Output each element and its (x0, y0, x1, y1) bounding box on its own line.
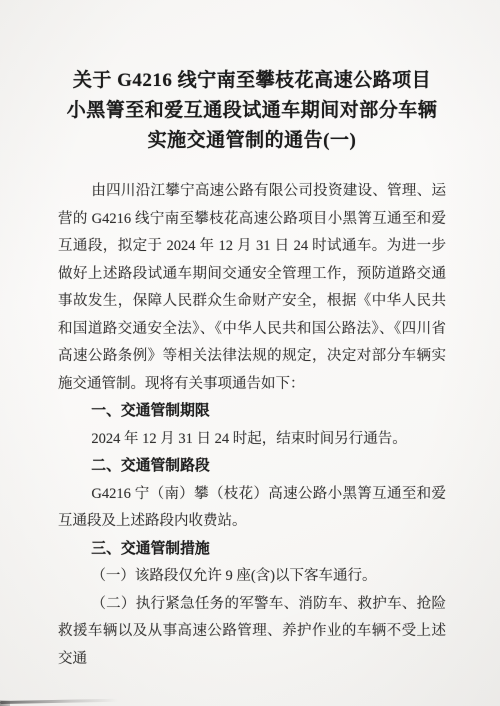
notice-title: 关于 G4216 线宁南至攀枝花高速公路项目 小黑箐至和爱互通段试通车期间对部分… (58, 66, 446, 156)
section-3-paragraph-2: （二）执行紧急任务的军警车、消防车、救护车、抢险救援车辆以及从事高速公路管理、养… (58, 591, 446, 674)
section-1-heading: 一、交通管制期限 (58, 398, 446, 426)
document-photo: 关于 G4216 线宁南至攀枝花高速公路项目 小黑箐至和爱互通段试通车期间对部分… (0, 0, 500, 706)
section-2-heading: 二、交通管制路段 (58, 453, 446, 481)
section-3-paragraph-1: （一）该路段仅允许 9 座(含)以下客车通行。 (58, 563, 446, 591)
notice-title-line-2: 小黑箐至和爱互通段试通车期间对部分车辆 (58, 96, 446, 126)
notice-title-line-1: 关于 G4216 线宁南至攀枝花高速公路项目 (58, 66, 446, 96)
photo-corner-shadow (0, 700, 10, 706)
section-3-heading: 三、交通管制措施 (58, 536, 446, 564)
section-2-paragraph-1: G4216 宁（南）攀（枝花）高速公路小黑箐互通至和爱互通段及上述路段内收费站。 (58, 481, 446, 536)
notice-title-line-3: 实施交通管制的通告(一) (58, 126, 446, 156)
section-1-paragraph-1: 2024 年 12 月 31 日 24 时起，结束时间另行通告。 (58, 426, 446, 454)
notice-document: 关于 G4216 线宁南至攀枝花高速公路项目 小黑箐至和爱互通段试通车期间对部分… (0, 0, 500, 706)
intro-paragraph: 由四川沿江攀宁高速公路有限公司投资建设、管理、运营的 G4216 线宁南至攀枝花… (58, 178, 446, 398)
